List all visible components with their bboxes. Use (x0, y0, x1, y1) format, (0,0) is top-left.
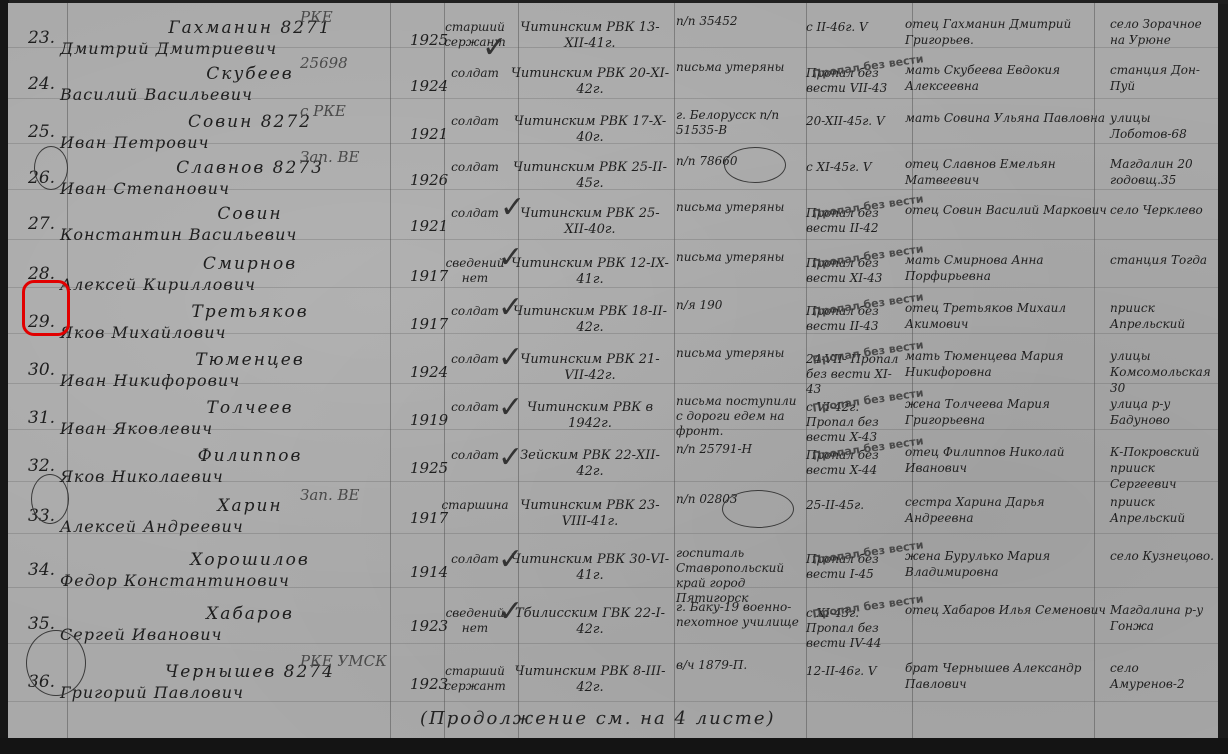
fate-date: с II-46г. V (806, 20, 906, 35)
next-of-kin: жена Толчеева Мария Григорьевна (905, 396, 1113, 428)
circle-row-26 (34, 146, 68, 190)
next-of-kin: мать Смирнова Анна Порфирьевна (905, 252, 1113, 284)
continuation-note: (Продолжение см. на 4 листе) (420, 708, 776, 729)
conscription-office: Читинским РВК 25-XII-40г. (510, 206, 670, 238)
surname: Совин 8272 (110, 114, 390, 131)
field-post-address: письма утеряны (676, 200, 801, 215)
given-names: Яков Николаевич (60, 468, 224, 485)
given-names: Сергей Иванович (60, 626, 222, 643)
pencil-annotation: с РКЕ (300, 102, 346, 120)
field-post-address: письма утеряны (676, 60, 801, 75)
field-post-address: в/ч 1879-П. (676, 658, 801, 673)
conscription-office: Читинским РВК 30-VI-41г. (510, 552, 670, 584)
pencil-annotation: 25698 (300, 54, 348, 72)
next-of-kin-address: прииск Апрельский (1110, 300, 1215, 332)
register-row: 30.ТюменцевИван Никифорович1924солдатЧит… (0, 338, 1210, 392)
checkmark-icon: ✓ (482, 30, 507, 65)
next-of-kin: отец Филиппов Николай Иванович (905, 444, 1113, 476)
next-of-kin: отец Хабаров Илья Семенович (905, 602, 1113, 618)
register-row: 32.ФилипповЯков Николаевич1925солдатЗейс… (0, 434, 1210, 488)
next-of-kin: сестра Харина Дарья Андреевна (905, 494, 1113, 526)
surname: Хабаров (110, 606, 390, 623)
conscription-office: Тбилисским ГВК 22-I-42г. (510, 606, 670, 638)
circle-row-36 (26, 630, 86, 696)
conscription-office: Читинским РВК 21-VII-42г. (510, 352, 670, 384)
surname: Гахманин 8271 (110, 20, 390, 37)
register-row: 29.ТретьяковЯков Михайлович1917солдатЧит… (0, 290, 1210, 344)
register-row: 35.ХабаровСергей Иванович1923сведений не… (0, 592, 1210, 646)
surname: Хорошилов (110, 552, 390, 569)
field-post-address: п/п 25791-Н (676, 442, 801, 457)
conscription-office: Читинским РВК в 1942г. (510, 400, 670, 432)
scan-bottom-edge (0, 738, 1228, 754)
surname: Толчеев (110, 400, 390, 417)
fate-date: 12-II-46г. V (806, 664, 906, 679)
conscription-office: Читинским РВК 8-III-42г. (510, 664, 670, 696)
given-names: Алексей Андреевич (60, 518, 244, 535)
row-number: 24. (28, 76, 55, 93)
next-of-kin: отец Совин Василий Маркович (905, 202, 1113, 218)
row-number: 34. (28, 562, 55, 579)
conscription-office: Читинским РВК 20-XI-42г. (510, 66, 670, 98)
circle-78660 (724, 147, 786, 183)
given-names: Константин Васильевич (60, 226, 297, 243)
given-names: Григорий Павлович (60, 684, 244, 701)
next-of-kin: мать Совина Ульяна Павловна (905, 110, 1113, 126)
field-post-address: письма утеряны (676, 250, 801, 265)
register-row: 33.ХаринАлексей Андреевич1917старшинаЧит… (0, 484, 1210, 538)
surname: Смирнов (110, 256, 390, 273)
highlight-circle-row-29 (22, 280, 70, 336)
pencil-annotation: Зап. ВЕ (300, 148, 359, 166)
next-of-kin: мать Тюменцева Мария Никифоровна (905, 348, 1113, 380)
next-of-kin: жена Бурулько Мария Владимировна (905, 548, 1113, 580)
register-row: 36.Чернышев 8274Григорий Павлович1923ста… (0, 650, 1210, 704)
circle-row-33 (31, 474, 69, 524)
surname: Скубеев (110, 66, 390, 83)
conscription-office: Читинским РВК 23-VIII-41г. (510, 498, 670, 530)
next-of-kin-address: Магдалина р-у Гонжа (1110, 602, 1215, 634)
surname: Третьяков (110, 304, 390, 321)
register-row: 31.ТолчеевИван Яковлевич1919солдатЧитинс… (0, 386, 1210, 440)
field-post-address: п/я 190 (676, 298, 801, 313)
pencil-annotation: РКЕ (300, 8, 333, 26)
checkmark-icon: ✓ (498, 290, 523, 325)
next-of-kin-address: село Черклево (1110, 202, 1215, 218)
surname: Тюменцев (110, 352, 390, 369)
circle-02803 (722, 490, 794, 528)
checkmark-icon: ✓ (498, 240, 523, 275)
rank: солдат (440, 160, 510, 175)
fate-date: 20-XII-45г. V (806, 114, 906, 129)
register-row: 28.СмирновАлексей Кириллович1917сведений… (0, 242, 1210, 296)
register-row: 34.ХорошиловФедор Константинович1914солд… (0, 538, 1210, 592)
field-post-address: г. Баку-19 военно-пехотное училище (676, 600, 801, 630)
rank: солдат (440, 66, 510, 81)
next-of-kin-address: село Амуренов-2 (1110, 660, 1215, 692)
next-of-kin: брат Чернышев Александр Павлович (905, 660, 1113, 692)
next-of-kin-address: село Кузнецово. (1110, 548, 1215, 564)
field-post-address: письма поступили с дороги едем на фронт. (676, 394, 801, 439)
next-of-kin-address: улицы Лоботов-68 (1110, 110, 1215, 142)
rank: старший сержант (440, 664, 510, 694)
conscription-office: Читинским РВК 12-IX-41г. (510, 256, 670, 288)
conscription-office: Читинским РВК 18-II-42г. (510, 304, 670, 336)
row-number: 30. (28, 362, 55, 379)
field-post-address: г. Белорусск п/п 51535-В (676, 108, 801, 138)
next-of-kin: отец Гахманин Дмитрий Григорьев. (905, 16, 1113, 48)
given-names: Федор Константинович (60, 572, 290, 589)
row-number: 25. (28, 124, 55, 141)
next-of-kin: отец Третьяков Михаил Акимович (905, 300, 1113, 332)
surname: Совин (110, 206, 390, 223)
next-of-kin-address: прииск Апрельский (1110, 494, 1215, 526)
field-post-address: письма утеряны (676, 346, 801, 361)
next-of-kin-address: станция Дон-Пуй (1110, 62, 1215, 94)
checkmark-icon: ✓ (498, 594, 523, 629)
row-number: 23. (28, 30, 55, 47)
next-of-kin: отец Славнов Емельян Матвеевич (905, 156, 1113, 188)
conscription-office: Читинским РВК 17-X-40г. (510, 114, 670, 146)
next-of-kin-address: село Зорачное на Урюне (1110, 16, 1215, 48)
register-row: 24.СкубеевВасилий Васильевич1924солдатЧи… (0, 52, 1210, 106)
conscription-office: Зейским РВК 22-XII-42г. (510, 448, 670, 480)
next-of-kin-address: улица р-у Бадуново (1110, 396, 1215, 428)
checkmark-icon: ✓ (498, 440, 523, 475)
next-of-kin: мать Скубеева Евдокия Алексеевна (905, 62, 1113, 94)
surname: Филиппов (110, 448, 390, 465)
checkmark-icon: ✓ (498, 340, 523, 375)
next-of-kin-address: Магдалин 20 годовщ.35 (1110, 156, 1215, 188)
fate-date: с XI-45г. V (806, 160, 906, 175)
rank: солдат (440, 114, 510, 129)
row-number: 32. (28, 458, 55, 475)
checkmark-icon: ✓ (498, 390, 523, 425)
checkmark-icon: ✓ (498, 542, 523, 577)
rank: старшина (440, 498, 510, 513)
pencil-annotation: Зап. ВЕ (300, 486, 359, 504)
next-of-kin-address: станция Тогда (1110, 252, 1215, 268)
conscription-office: Читинским РВК 25-II-45г. (510, 160, 670, 192)
row-number: 27. (28, 216, 55, 233)
conscription-office: Читинским РВК 13-XII-41г. (510, 20, 670, 52)
checkmark-icon: ✓ (500, 190, 525, 225)
fate-date: 25-II-45г. (806, 498, 906, 513)
row-number: 31. (28, 410, 55, 427)
pencil-annotation: РКЕ УМСК (300, 652, 387, 670)
field-post-address: п/п 35452 (676, 14, 801, 29)
register-row: 27.СовинКонстантин Васильевич1921солдатЧ… (0, 192, 1210, 246)
